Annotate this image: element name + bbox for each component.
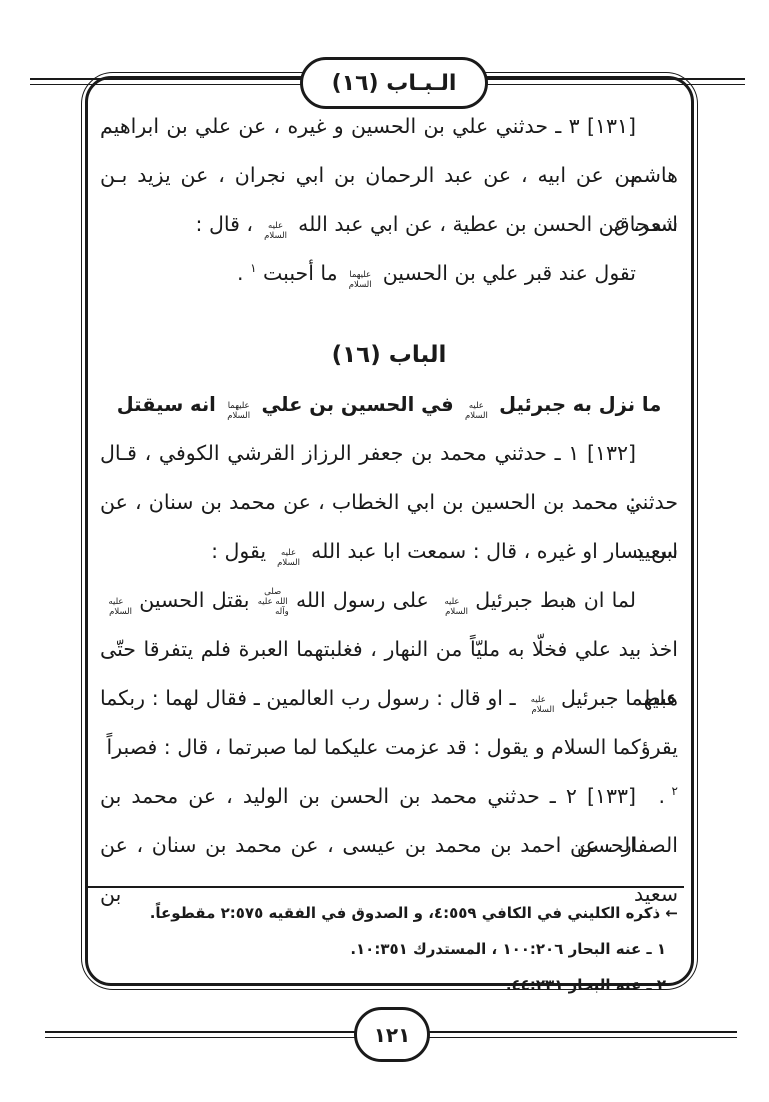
honorific-mark: صلى الله عليه وآله [257,588,289,617]
body-line: لما ان هبط جبرئيل عليه السلام على رسول ا… [100,576,678,625]
body-line: اخذ بيد علي فخلّا به مليّاً من النهار ، … [100,625,678,674]
body-line: حدثني محمد بن الحسين بن ابي الخطاب ، عن … [100,478,678,527]
honorific-mark: عليه السلام [100,598,132,618]
body-line: تقول عند قبر علي بن الحسين عليهما السلام… [100,249,678,298]
page-number-cartouche: ١٢١ [354,1007,430,1062]
footer-rule-left [428,1031,737,1038]
body-line: هاشم ، عن ابيه ، عن عبد الرحمان بن ابي ن… [100,151,678,200]
footer-rule-right [45,1031,356,1038]
honorific-mark: عليه السلام [436,598,468,618]
footnotes: ← ذكره الكليني في الكافي ٤:٥٥٩، و الصدوق… [100,895,678,1003]
body-line: ما نزل به جبرئيل عليه السلام في الحسين ب… [100,380,678,429]
chapter-header-label: الـبـاب (١٦) [332,71,457,96]
body-line: [١٣٣] ٢ ـ حدثني محمد بن الحسن بن الوليد … [100,772,678,821]
body-line: يقرؤكما السلام و يقول : قد عزمت عليكما ل… [100,723,678,772]
text-run: ابن يسار او غيره ، قال : سمعت ابا عبد ال… [305,539,678,563]
honorific-mark: عليه السلام [273,549,305,569]
text-run: على رسول الله [289,588,436,612]
text-run: ، قال : [196,212,260,236]
body-line: شعر، عن الحسن بن عطية ، عن ابي عبد الله … [100,200,678,249]
footnote-marker: ٢ [672,784,678,798]
honorific-mark: عليه السلام [260,222,292,242]
footnote-item: ١ ـ عنه البحار ١٠٠:٢٠٦ ، المستدرك ١٠:٣٥١… [100,931,678,967]
honorific-mark: عليهما السلام [223,402,255,422]
text-run: انه سيقتل [117,393,223,416]
text-run: الباب (١٦) [332,342,447,368]
text-run: . [659,784,672,808]
text-run: عليهما جبرئيل [554,686,678,710]
honorific-mark: عليه السلام [460,402,492,422]
text-run: يقرؤكما السلام و يقول : قد عزمت عليكما ل… [107,735,679,759]
text-run: لما ان هبط جبرئيل [468,588,636,612]
header-rule-left [486,78,745,85]
text-run: في الحسين بن علي [255,393,461,416]
footnote-separator [88,886,684,888]
body-line: [١٣١] ٣ ـ حدثني علي بن الحسين و غيره ، ع… [100,102,678,151]
text-run: ما أحببت [257,261,345,285]
footnote-item: ← ذكره الكليني في الكافي ٤:٥٥٩، و الصدوق… [100,895,678,931]
body-line: عليهما جبرئيل عليه السلام ـ او قال : رسو… [100,674,678,723]
body-line: الصفار ، عن احمد بن محمد بن عيسى ، عن مح… [100,821,678,870]
body-text: [١٣١] ٣ ـ حدثني علي بن الحسين و غيره ، ع… [100,102,678,870]
text-run: . [237,261,250,285]
honorific-mark: عليهما السلام [344,271,376,291]
text-run: تقول عند قبر علي بن الحسين [376,261,636,285]
header-rule-right [30,78,302,85]
text-run: ما نزل به جبرئيل [492,393,661,416]
page-number: ١٢١ [374,1023,411,1047]
body-line: الباب (١٦) [100,331,678,380]
body-line: ابن يسار او غيره ، قال : سمعت ابا عبد ال… [100,527,678,576]
body-line: [١٣٢] ١ ـ حدثني محمد بن جعفر الرزاز القر… [100,429,678,478]
text-run: يقول : [211,539,273,563]
honorific-mark: عليه السلام [522,696,554,716]
footnote-item: ٢ ـ عنه البحار ٤٤:٢٣١. [100,967,678,1003]
text-run: ـ او قال : رسول رب العالمين ـ فقال لهما … [100,686,522,710]
header-cartouche: الـبـاب (١٦) [300,57,488,109]
text-run: بقتل الحسين [132,588,257,612]
text-run: شعر، عن الحسن بن عطية ، عن ابي عبد الله [292,212,678,236]
